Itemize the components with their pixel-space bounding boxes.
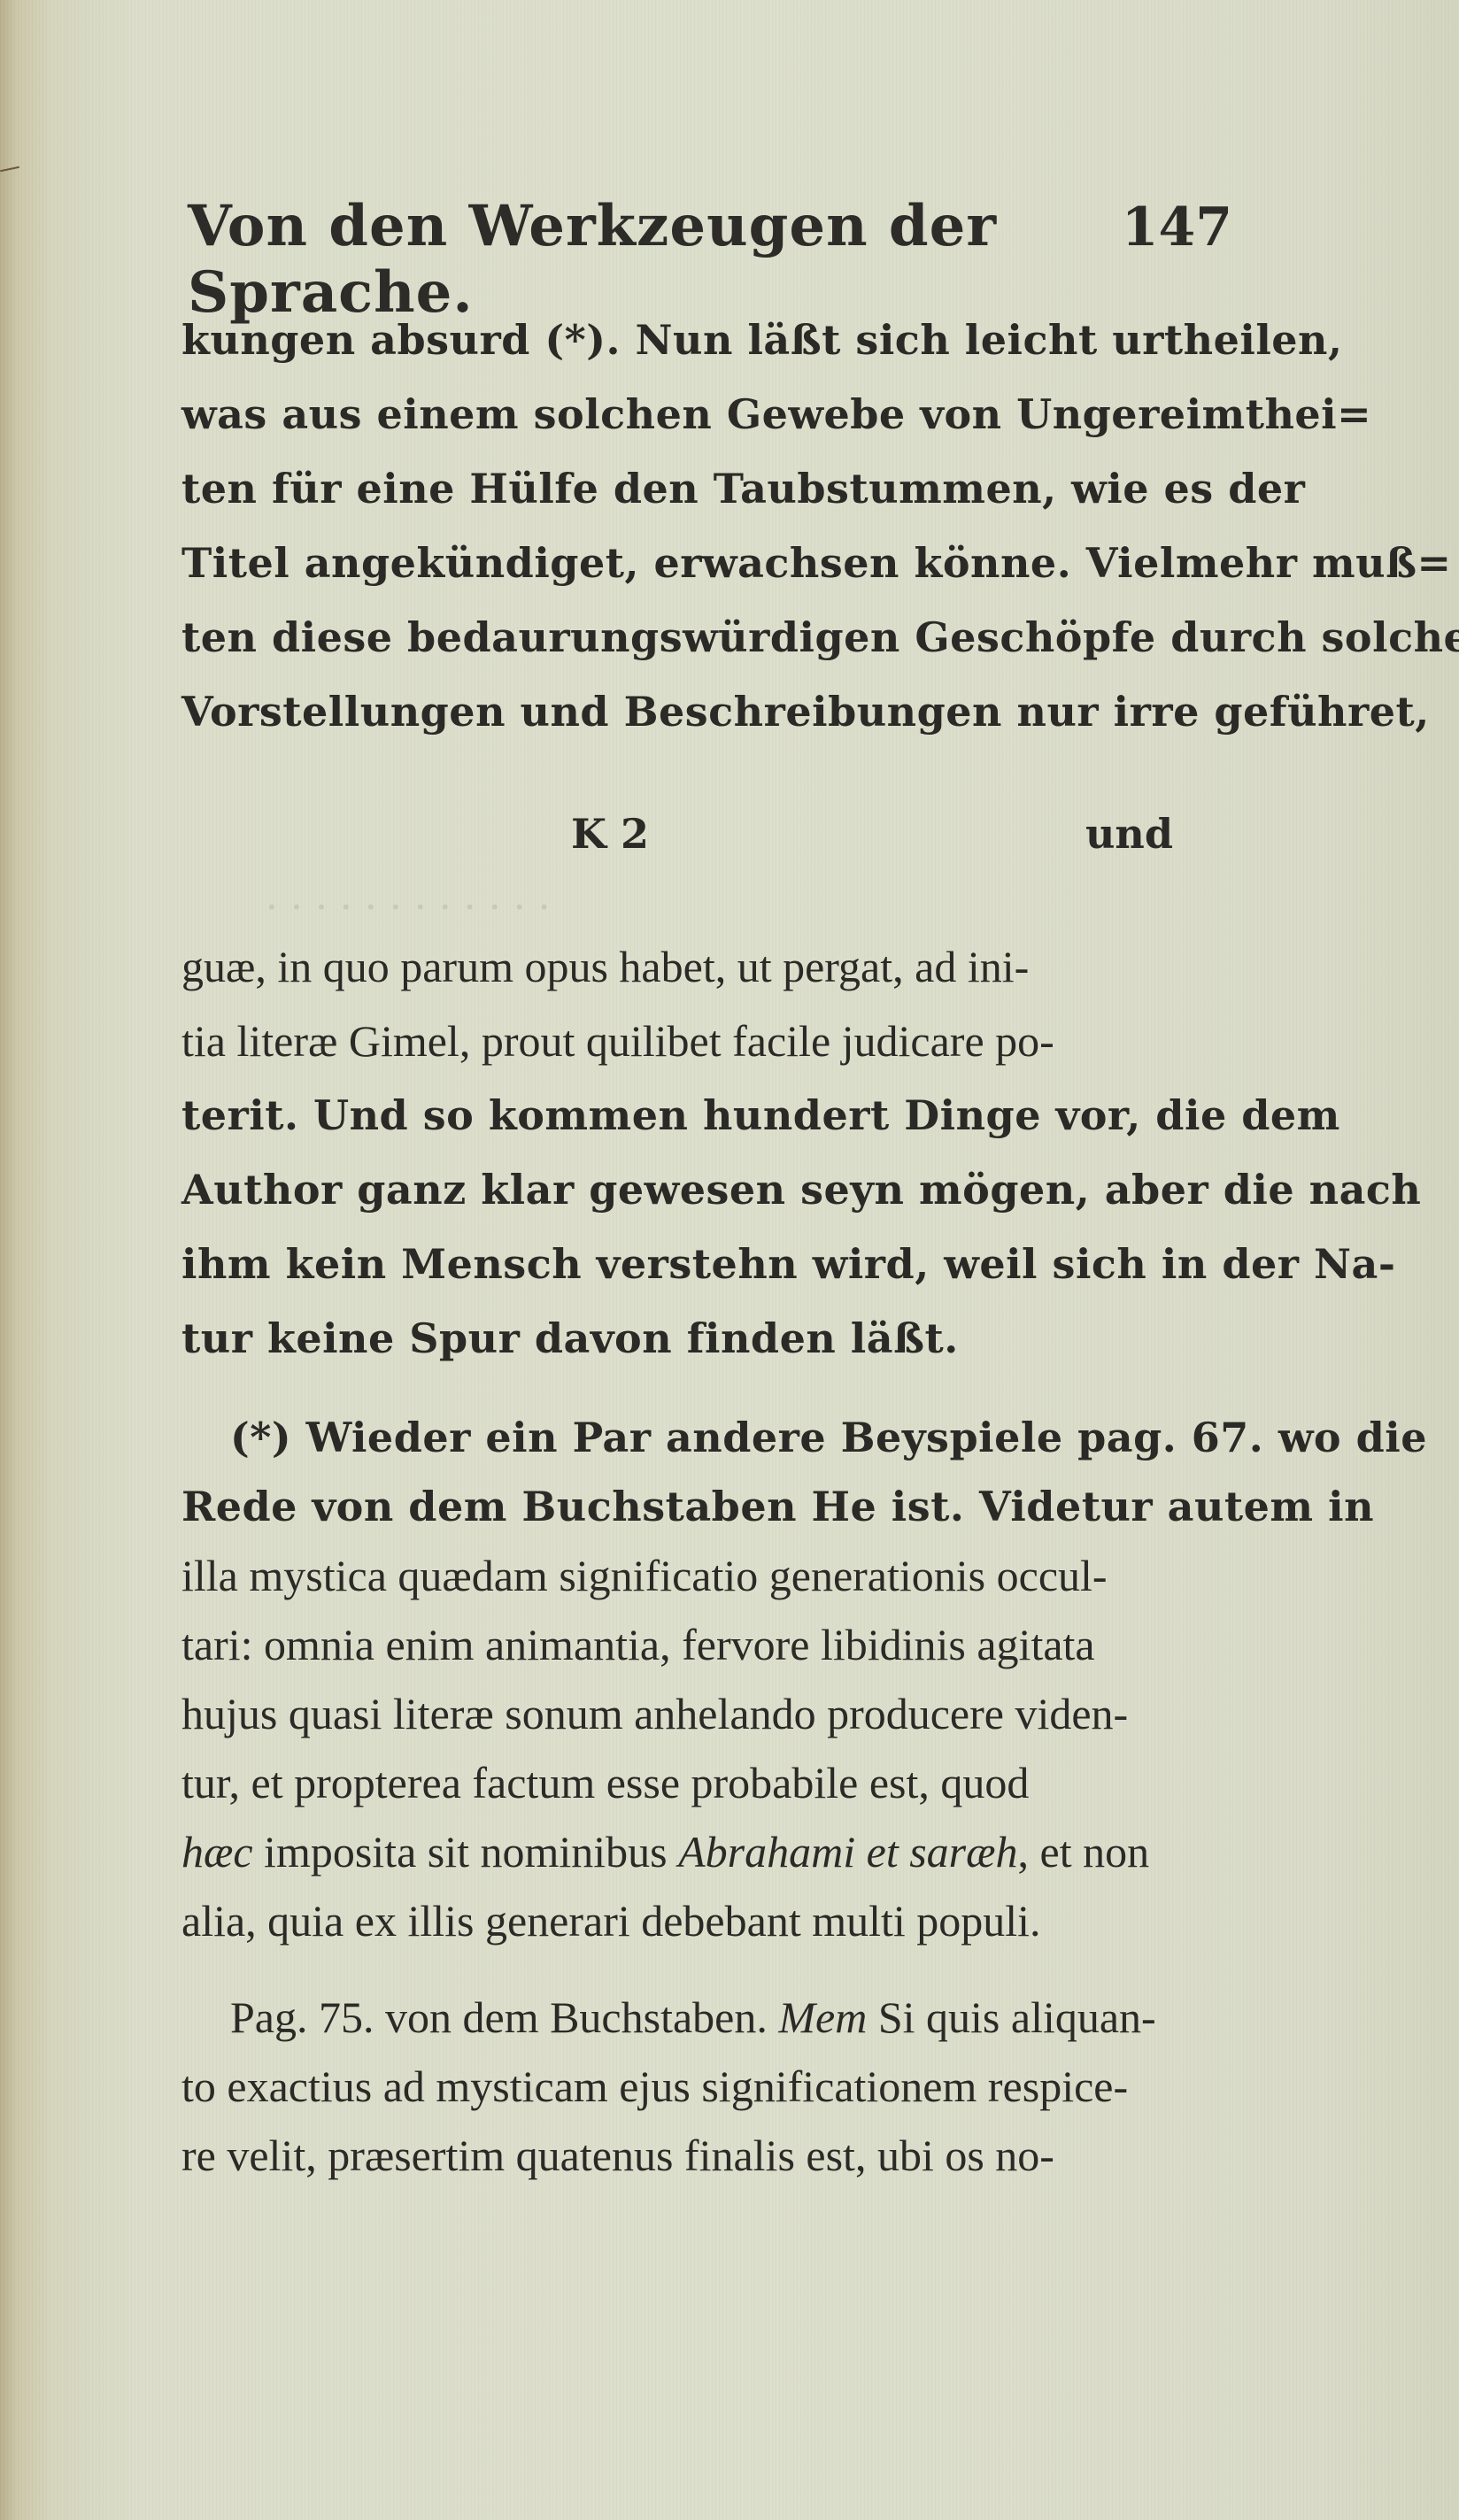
footnote-line: hæc imposita sit nominibus Abrahami et s…: [181, 1817, 1226, 1886]
show-through-text: · · · · · · · · · · · ·: [266, 885, 551, 930]
signature-line: K 2 und: [181, 810, 1226, 884]
text-line: tur keine Spur davon finden läßt.: [181, 1301, 1226, 1376]
text-line: tia literæ Gimel, prout quilibet facile …: [181, 1004, 1226, 1078]
text-run: imposita sit nominibus: [253, 1826, 679, 1877]
italic-names: Abrahami et saræh: [678, 1826, 1017, 1877]
gutter-mark: [0, 166, 19, 173]
footnote-line: tari: omnia enim animantia, fervore libi…: [181, 1610, 1226, 1679]
footnote-line: tur, et propterea factum esse probabile …: [181, 1748, 1226, 1817]
text-line: guæ, in quo parum opus habet, ut pergat,…: [181, 929, 1226, 1004]
footnote-line: re velit, præsertim quatenus finalis est…: [181, 2121, 1226, 2190]
footnote-line: Pag. 75. von dem Buchstaben. Mem Si quis…: [181, 1983, 1226, 2052]
text-line: terit. Und so kommen hundert Dinge vor, …: [181, 1078, 1226, 1152]
text-run: Pag. 75. von dem Buchstaben.: [230, 1992, 778, 2043]
page-number: 147: [1122, 197, 1232, 258]
text-line: ten diese bedaurungswürdigen Geschöpfe d…: [181, 600, 1226, 674]
footnote-line: hujus quasi literæ sonum anhelando produ…: [181, 1679, 1226, 1748]
text-line: Author ganz klar gewesen seyn mögen, abe…: [181, 1152, 1226, 1227]
text-line: was aus einem solchen Gewebe von Ungerei…: [181, 377, 1226, 451]
text-line: Vorstellungen und Beschreibungen nur irr…: [181, 674, 1226, 749]
continued-text-block: guæ, in quo parum opus habet, ut pergat,…: [181, 929, 1226, 1376]
text-line: kungen absurd (*). Nun läßt sich leicht …: [181, 303, 1226, 377]
text-run: Si quis aliquan-: [867, 1992, 1155, 2043]
italic-word: hæc: [181, 1826, 253, 1877]
text-line: Titel angekündiget, erwachsen könne. Vie…: [181, 526, 1226, 600]
text-line: ihm kein Mensch verstehn wird, weil sich…: [181, 1227, 1226, 1301]
main-text-block: kungen absurd (*). Nun läßt sich leicht …: [181, 303, 1226, 749]
footnote-line: (*) Wieder ein Par andere Beyspiele pag.…: [181, 1403, 1226, 1472]
text-line: ten für eine Hülfe den Taubstummen, wie …: [181, 451, 1226, 526]
footnote-line: alia, quia ex illis generari debebant mu…: [181, 1886, 1226, 1955]
catchword: und: [1085, 810, 1173, 858]
footnote-continued-block: Pag. 75. von dem Buchstaben. Mem Si quis…: [181, 1983, 1226, 2190]
footnote-line: to exactius ad mysticam ejus significati…: [181, 2052, 1226, 2121]
signature-mark: K 2: [571, 810, 649, 858]
footnote-line: illa mystica quædam significatio generat…: [181, 1541, 1226, 1610]
italic-word: Mem: [778, 1992, 867, 2043]
footnote-block: (*) Wieder ein Par andere Beyspiele pag.…: [181, 1403, 1226, 1955]
footnote-line: Rede von dem Buchstaben He ist. Videtur …: [181, 1472, 1226, 1541]
text-run: , et non: [1018, 1826, 1150, 1877]
scanned-book-page: · · · · · · · · · · · · Von den Werkzeug…: [0, 0, 1459, 2520]
